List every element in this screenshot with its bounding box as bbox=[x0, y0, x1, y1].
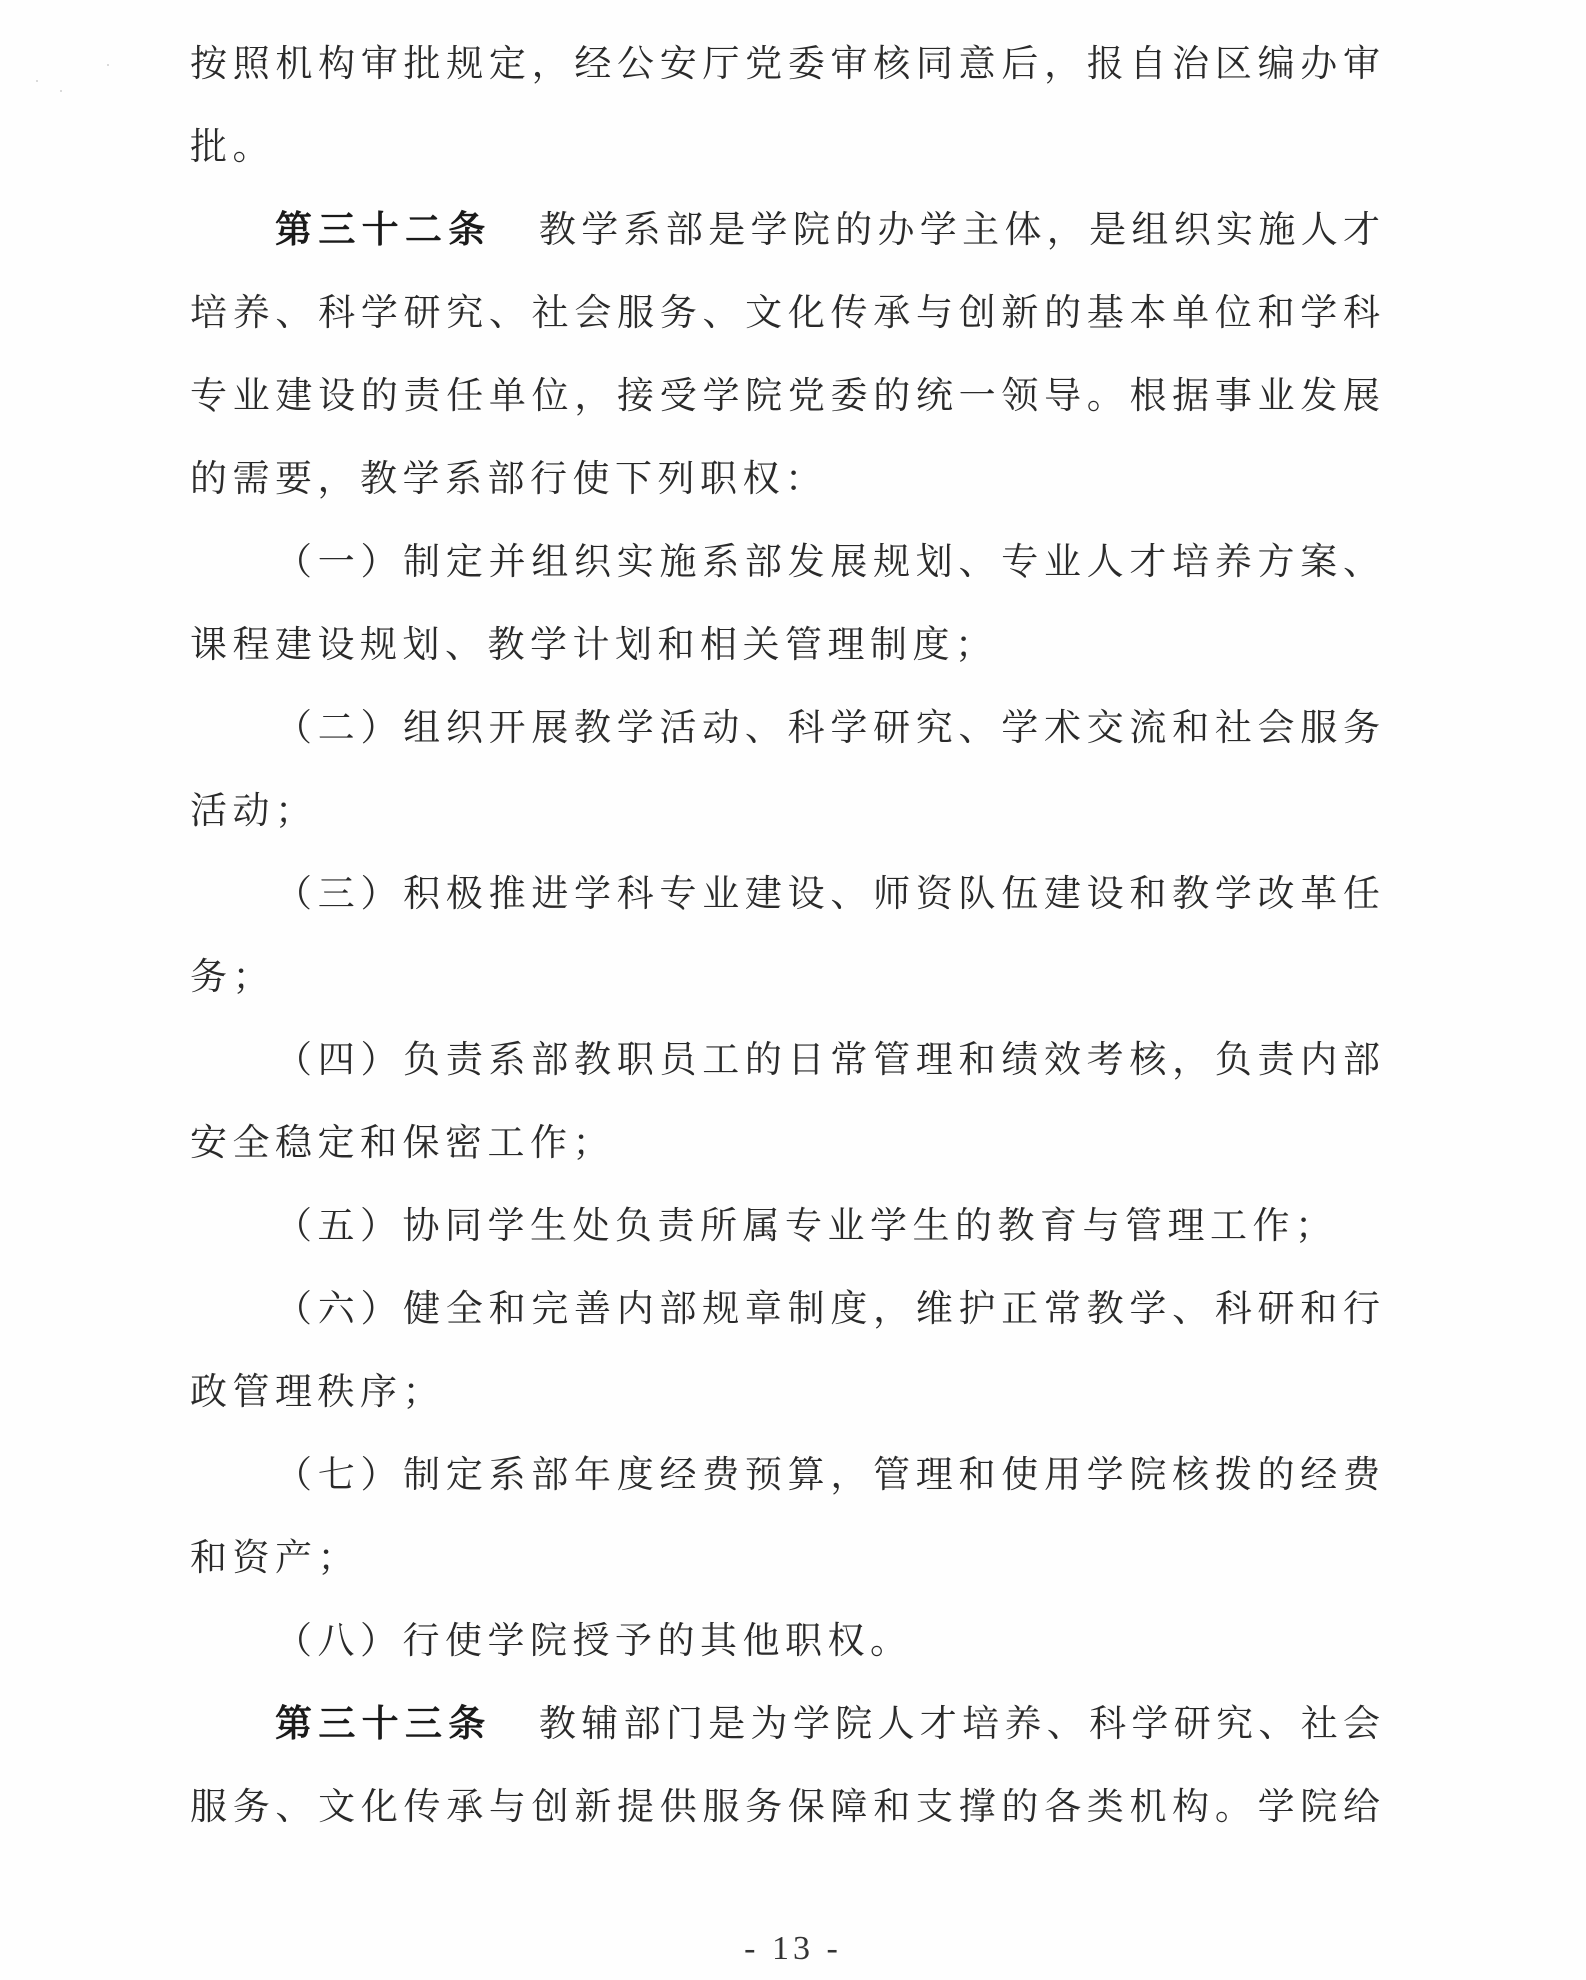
article-32: 第三十二条教学系部是学院的办学主体，是组织实施人才 培养、科学研究、社会服务、文… bbox=[190, 188, 1380, 520]
scan-speck bbox=[36, 80, 38, 82]
list-item-5: （五）协同学生处负责所属专业学生的教育与管理工作； bbox=[190, 1184, 1380, 1267]
text-line: （六）健全和完善内部规章制度，维护正常教学、科研和行 bbox=[190, 1267, 1380, 1350]
text-line: 课程建设规划、教学计划和相关管理制度； bbox=[190, 603, 1380, 686]
page-number: - 13 - bbox=[0, 1930, 1586, 1968]
text-line: （五）协同学生处负责所属专业学生的教育与管理工作； bbox=[190, 1184, 1380, 1267]
text-line: （二）组织开展教学活动、科学研究、学术交流和社会服务 bbox=[190, 686, 1380, 769]
document-page: 按照机构审批规定，经公安厅党委审核同意后，报自治区编办审 批。 第三十二条教学系… bbox=[0, 0, 1586, 1980]
text-line: （四）负责系部教职员工的日常管理和绩效考核，负责内部 bbox=[190, 1018, 1380, 1101]
scan-speck bbox=[60, 90, 62, 92]
text-line: （八）行使学院授予的其他职权。 bbox=[190, 1599, 1380, 1682]
article-33: 第三十三条教辅部门是为学院人才培养、科学研究、社会 服务、文化传承与创新提供服务… bbox=[190, 1682, 1380, 1848]
text-line: 批。 bbox=[190, 105, 1380, 188]
text-line: 专业建设的责任单位，接受学院党委的统一领导。根据事业发展 bbox=[190, 354, 1380, 437]
article-heading: 第三十二条 bbox=[275, 208, 492, 251]
text-line-with-heading: 第三十三条教辅部门是为学院人才培养、科学研究、社会 bbox=[190, 1682, 1380, 1765]
text-line: 按照机构审批规定，经公安厅党委审核同意后，报自治区编办审 bbox=[190, 22, 1380, 105]
text-line: （三）积极推进学科专业建设、师资队伍建设和教学改革任 bbox=[190, 852, 1380, 935]
article-text: 教辅部门是为学院人才培养、科学研究、社会 bbox=[534, 1702, 1380, 1745]
paragraph-continuation: 按照机构审批规定，经公安厅党委审核同意后，报自治区编办审 批。 bbox=[190, 22, 1380, 188]
text-line: 的需要，教学系部行使下列职权： bbox=[190, 437, 1380, 520]
list-item-4: （四）负责系部教职员工的日常管理和绩效考核，负责内部 安全稳定和保密工作； bbox=[190, 1018, 1380, 1184]
text-line: 安全稳定和保密工作； bbox=[190, 1101, 1380, 1184]
list-item-8: （八）行使学院授予的其他职权。 bbox=[190, 1599, 1380, 1682]
list-item-7: （七）制定系部年度经费预算，管理和使用学院核拨的经费 和资产； bbox=[190, 1433, 1380, 1599]
text-line: 培养、科学研究、社会服务、文化传承与创新的基本单位和学科 bbox=[190, 271, 1380, 354]
text-line: 服务、文化传承与创新提供服务保障和支撑的各类机构。学院给 bbox=[190, 1765, 1380, 1848]
list-item-2: （二）组织开展教学活动、科学研究、学术交流和社会服务 活动； bbox=[190, 686, 1380, 852]
document-body: 按照机构审批规定，经公安厅党委审核同意后，报自治区编办审 批。 第三十二条教学系… bbox=[190, 22, 1380, 1848]
text-line: （一）制定并组织实施系部发展规划、专业人才培养方案、 bbox=[190, 520, 1380, 603]
list-item-6: （六）健全和完善内部规章制度，维护正常教学、科研和行 政管理秩序； bbox=[190, 1267, 1380, 1433]
text-line: 务； bbox=[190, 935, 1380, 1018]
list-item-3: （三）积极推进学科专业建设、师资队伍建设和教学改革任 务； bbox=[190, 852, 1380, 1018]
list-item-1: （一）制定并组织实施系部发展规划、专业人才培养方案、 课程建设规划、教学计划和相… bbox=[190, 520, 1380, 686]
scan-speck bbox=[107, 64, 109, 66]
article-text: 教学系部是学院的办学主体，是组织实施人才 bbox=[534, 208, 1380, 251]
article-heading: 第三十三条 bbox=[275, 1702, 492, 1745]
text-line: 和资产； bbox=[190, 1516, 1380, 1599]
text-line: 政管理秩序； bbox=[190, 1350, 1380, 1433]
text-line: 活动； bbox=[190, 769, 1380, 852]
text-line: （七）制定系部年度经费预算，管理和使用学院核拨的经费 bbox=[190, 1433, 1380, 1516]
text-line-with-heading: 第三十二条教学系部是学院的办学主体，是组织实施人才 bbox=[190, 188, 1380, 271]
